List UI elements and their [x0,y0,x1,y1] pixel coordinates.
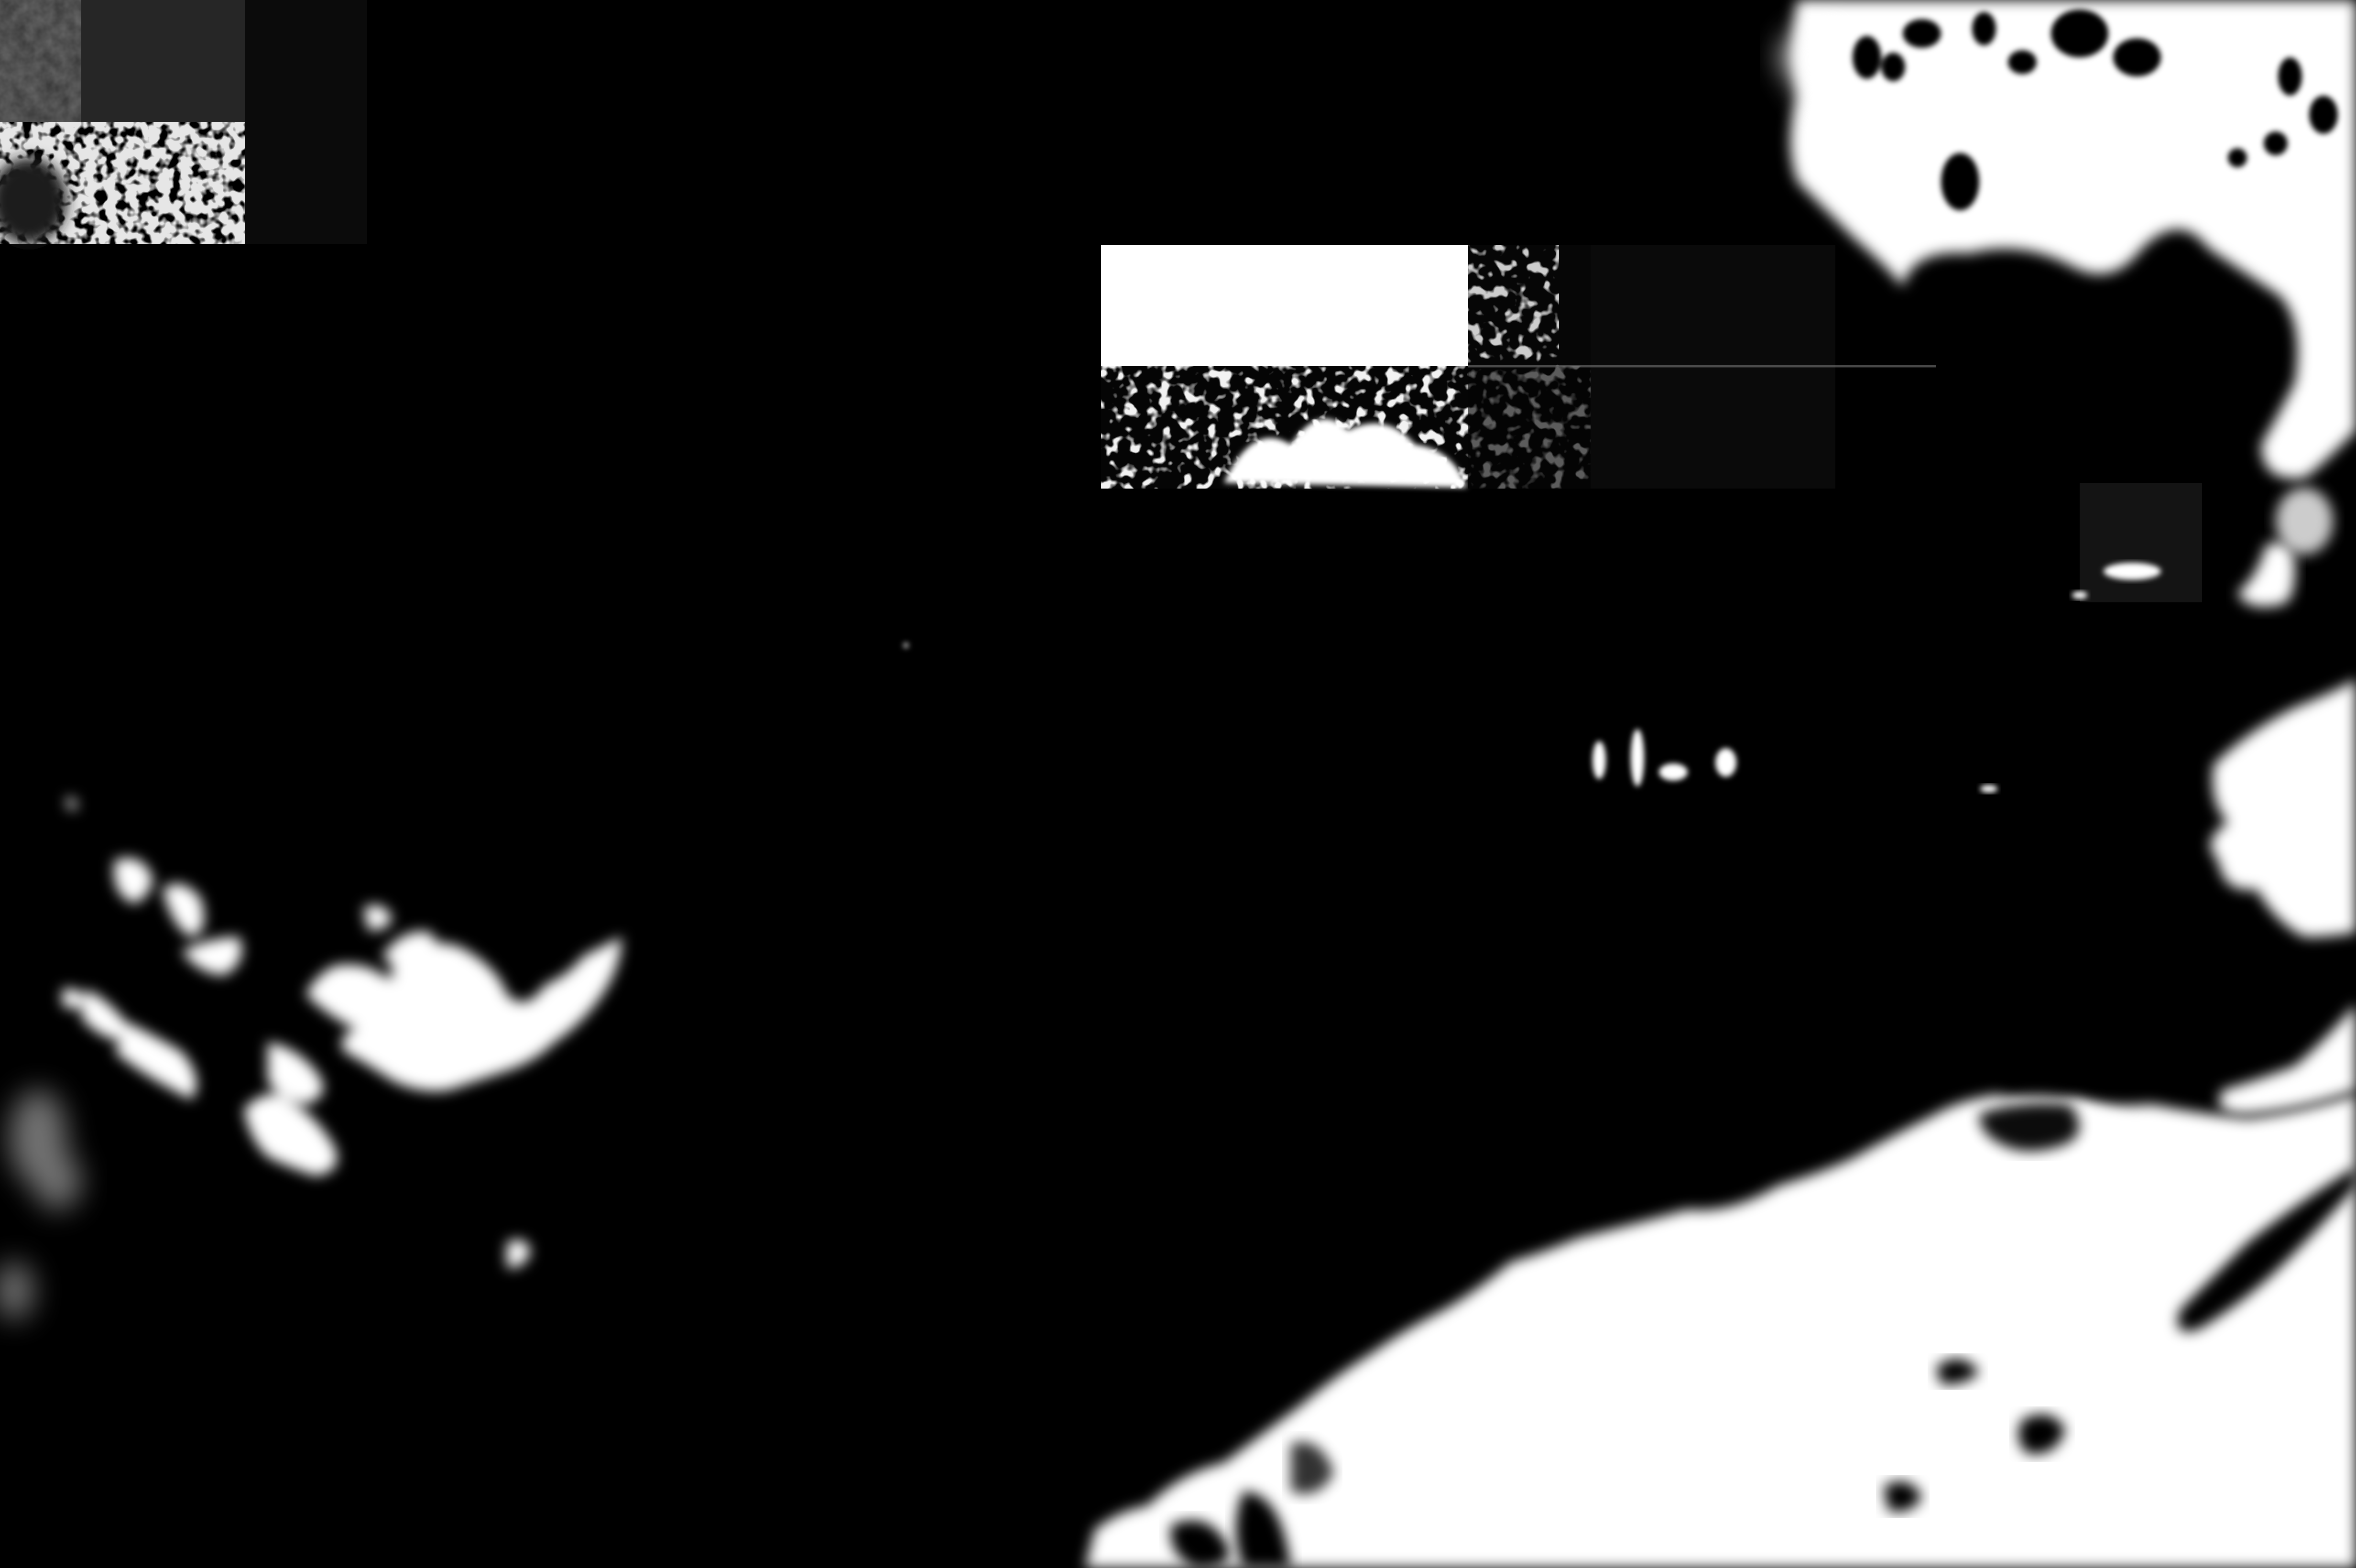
cloud-mask-mosaic [0,0,2356,1568]
central-tile-group [1101,245,1936,489]
top-left-tile-group [0,0,367,244]
